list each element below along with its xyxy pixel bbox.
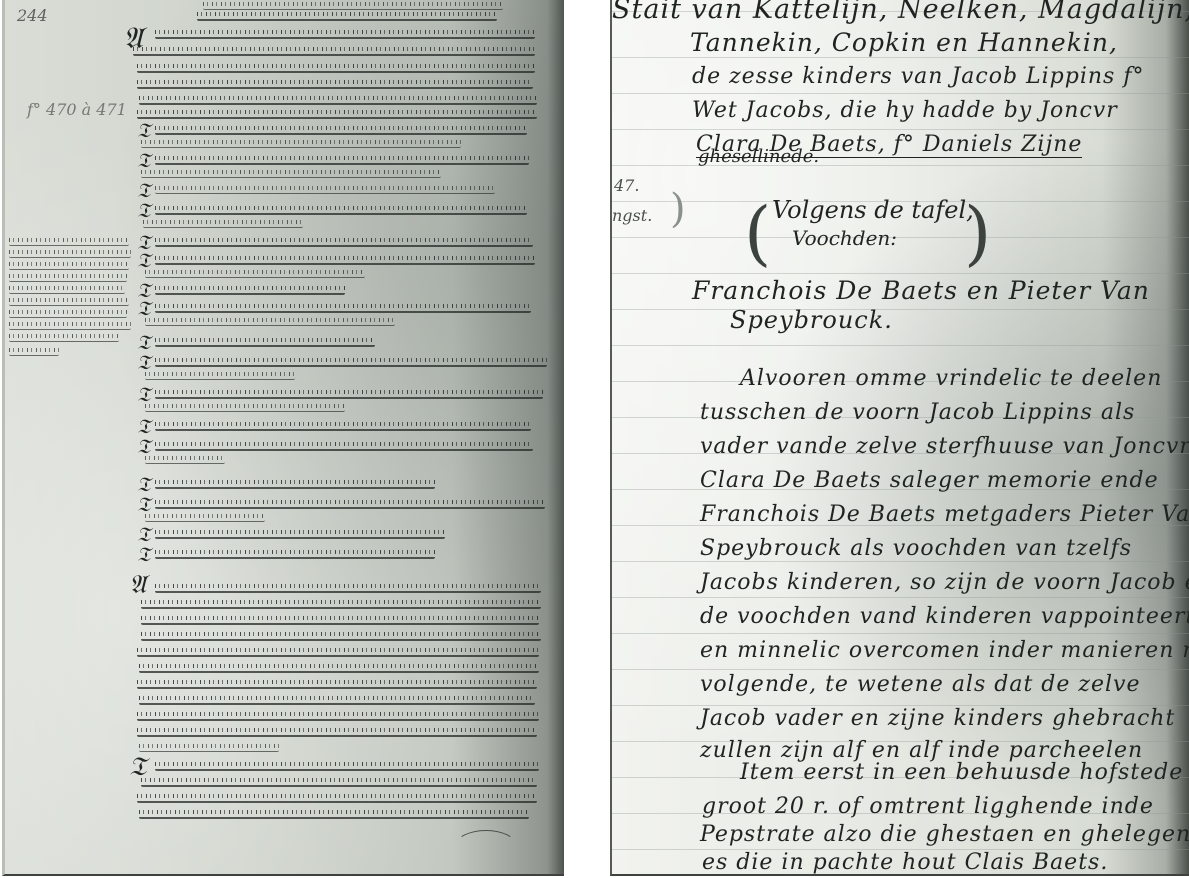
paragraph-line: Item eerst in een behuusde hofstede: [740, 760, 1183, 785]
margin-note-line: [9, 236, 129, 246]
margin-folio-reference: f° 470 à 471: [27, 100, 127, 119]
paragraph-line: volgende, te wetene als dat de zelve: [700, 672, 1140, 697]
guardians-line: Speybrouck.: [730, 306, 893, 334]
text-line: [155, 760, 539, 771]
text-line: [155, 184, 495, 194]
margin-reference-number: 47.: [614, 176, 639, 195]
paragraph-line: Pepstrate alzo die ghestaen en ghelegen: [700, 822, 1189, 847]
text-line: [155, 420, 531, 431]
paragraph-line: Jacobs kinderen, so zijn de voorn Jacob …: [700, 570, 1189, 595]
margin-note-line: [9, 332, 119, 342]
heading-bracket-right: ): [964, 192, 991, 274]
text-line: [137, 646, 539, 657]
paragraph-initial: 𝔗: [137, 180, 150, 200]
margin-note-line: [9, 272, 127, 282]
text-line: [145, 316, 395, 326]
text-line: [141, 138, 461, 148]
margin-note-line: [9, 308, 127, 318]
paragraph-initial: 𝔗: [137, 120, 150, 140]
text-line: [155, 548, 435, 559]
left-manuscript-page: 244 f° 470 à 471 𝔄 𝔗 𝔗 𝔗 𝔗 𝔗 𝔗 𝔗 𝔗 𝔗 𝔗: [2, 0, 564, 876]
text-line: [145, 454, 225, 464]
text-line: de zesse kinders van Jacob Lippins f°: [692, 64, 1144, 89]
paragraph-line: Jacob vader en zijne kinders ghebracht: [700, 706, 1175, 731]
text-line: [155, 478, 435, 489]
text-line: [145, 370, 295, 380]
paragraph-line: vader vande zelve sterfhuuse van Joncvr: [700, 434, 1189, 459]
text-line: [155, 154, 529, 165]
text-line: [145, 268, 365, 278]
text-line: [155, 440, 533, 451]
paragraph-line: Clara De Baets saleger memorie ende: [700, 468, 1159, 493]
heading-line: Voochden:: [792, 226, 897, 250]
text-line: [141, 598, 541, 609]
text-line: [155, 236, 533, 247]
text-line: [155, 28, 535, 39]
folio-number: 244: [17, 6, 48, 25]
text-line: [143, 218, 303, 228]
text-line: [155, 336, 375, 347]
text-line: [139, 94, 537, 105]
margin-note-line: [9, 296, 129, 306]
paragraph-initial: 𝔗: [137, 200, 150, 220]
text-line: [155, 124, 527, 135]
margin-note-line: [9, 346, 59, 356]
text-line: [139, 694, 535, 705]
paragraph-initial: 𝔗: [137, 298, 150, 318]
text-line: Wet Jacobs, die hy hadde by Joncvr: [692, 98, 1118, 123]
paragraph-initial: 𝔗: [137, 436, 150, 456]
text-line: [145, 402, 345, 412]
paragraph-initial: 𝔗: [137, 524, 150, 544]
margin-bracket: ): [670, 186, 686, 232]
paragraph-initial: 𝔗: [137, 494, 150, 514]
text-line: [203, 0, 503, 10]
text-line: [137, 792, 537, 803]
text-line: [137, 62, 535, 73]
paragraph-line: es die in pachte hout Clais Baets.: [702, 850, 1108, 875]
paragraph-initial: 𝔗: [137, 416, 150, 436]
text-line: [197, 10, 497, 21]
guardians-line: Franchois De Baets en Pieter Van: [692, 276, 1150, 305]
paragraph-line: de voochden vand kinderen vappointeert: [700, 604, 1189, 629]
text-line: [155, 356, 547, 367]
paragraph-initial: 𝔗: [137, 352, 150, 372]
paragraph-initial: 𝔗: [137, 544, 150, 564]
right-manuscript-page: Stait van Kattelijn, Neelken, Magdalijn,…: [610, 0, 1189, 876]
text-line: [139, 808, 529, 819]
paragraph-initial: 𝔗: [137, 250, 150, 270]
paragraph-initial: 𝔗: [137, 474, 150, 494]
text-line: [155, 204, 527, 215]
text-line: [141, 776, 537, 787]
margin-reference-note: ngst.: [612, 206, 652, 225]
margin-note-line: [9, 284, 125, 294]
text-line: Tannekin, Copkin en Hannekin,: [690, 28, 1118, 57]
text-line: ghesellinede.: [698, 146, 819, 167]
margin-note-line: [9, 248, 131, 258]
text-line: [145, 512, 265, 522]
margin-note-line: [9, 320, 131, 330]
paragraph-line: tusschen de voorn Jacob Lippins als: [700, 400, 1135, 425]
heading-line: Volgens de tafel,: [772, 196, 974, 224]
text-line: [141, 168, 441, 178]
paragraph-line: Franchois De Baets metgaders Pieter Van: [700, 502, 1189, 527]
paragraph-line: groot 20 r. of omtrent ligghende inde: [702, 794, 1154, 819]
text-line: [155, 498, 545, 509]
text-line: [137, 710, 539, 721]
text-line: [155, 582, 541, 593]
text-line: Stait van Kattelijn, Neelken, Magdalijn,: [612, 0, 1189, 25]
text-line: [155, 302, 531, 313]
signature-flourish: [455, 830, 517, 862]
text-line: [141, 630, 541, 641]
text-line: [155, 284, 345, 295]
paragraph-line: Speybrouck als voochden van tzelfs: [700, 536, 1132, 561]
paragraph-line: en minnelic overcomen inder manieren nae…: [700, 638, 1189, 663]
text-line: [155, 528, 445, 539]
text-line: [155, 254, 535, 265]
paragraph-line: Alvooren omme vrindelic te deelen: [740, 366, 1162, 391]
text-line: [141, 614, 539, 625]
margin-note-line: [9, 260, 129, 270]
text-line: [155, 388, 543, 399]
text-line: [137, 78, 533, 89]
text-line: [137, 726, 537, 737]
paragraph-initial: 𝔗: [137, 332, 150, 352]
heading-bracket-left: (: [744, 192, 771, 274]
text-line: [139, 742, 279, 752]
text-line: [137, 108, 537, 119]
text-line: [139, 662, 539, 673]
paragraph-initial: 𝔗: [137, 150, 150, 170]
paragraph-initial: 𝔄: [129, 572, 146, 598]
text-line: [137, 678, 537, 689]
text-line: [133, 45, 535, 56]
paragraph-initial: 𝔗: [137, 384, 150, 404]
